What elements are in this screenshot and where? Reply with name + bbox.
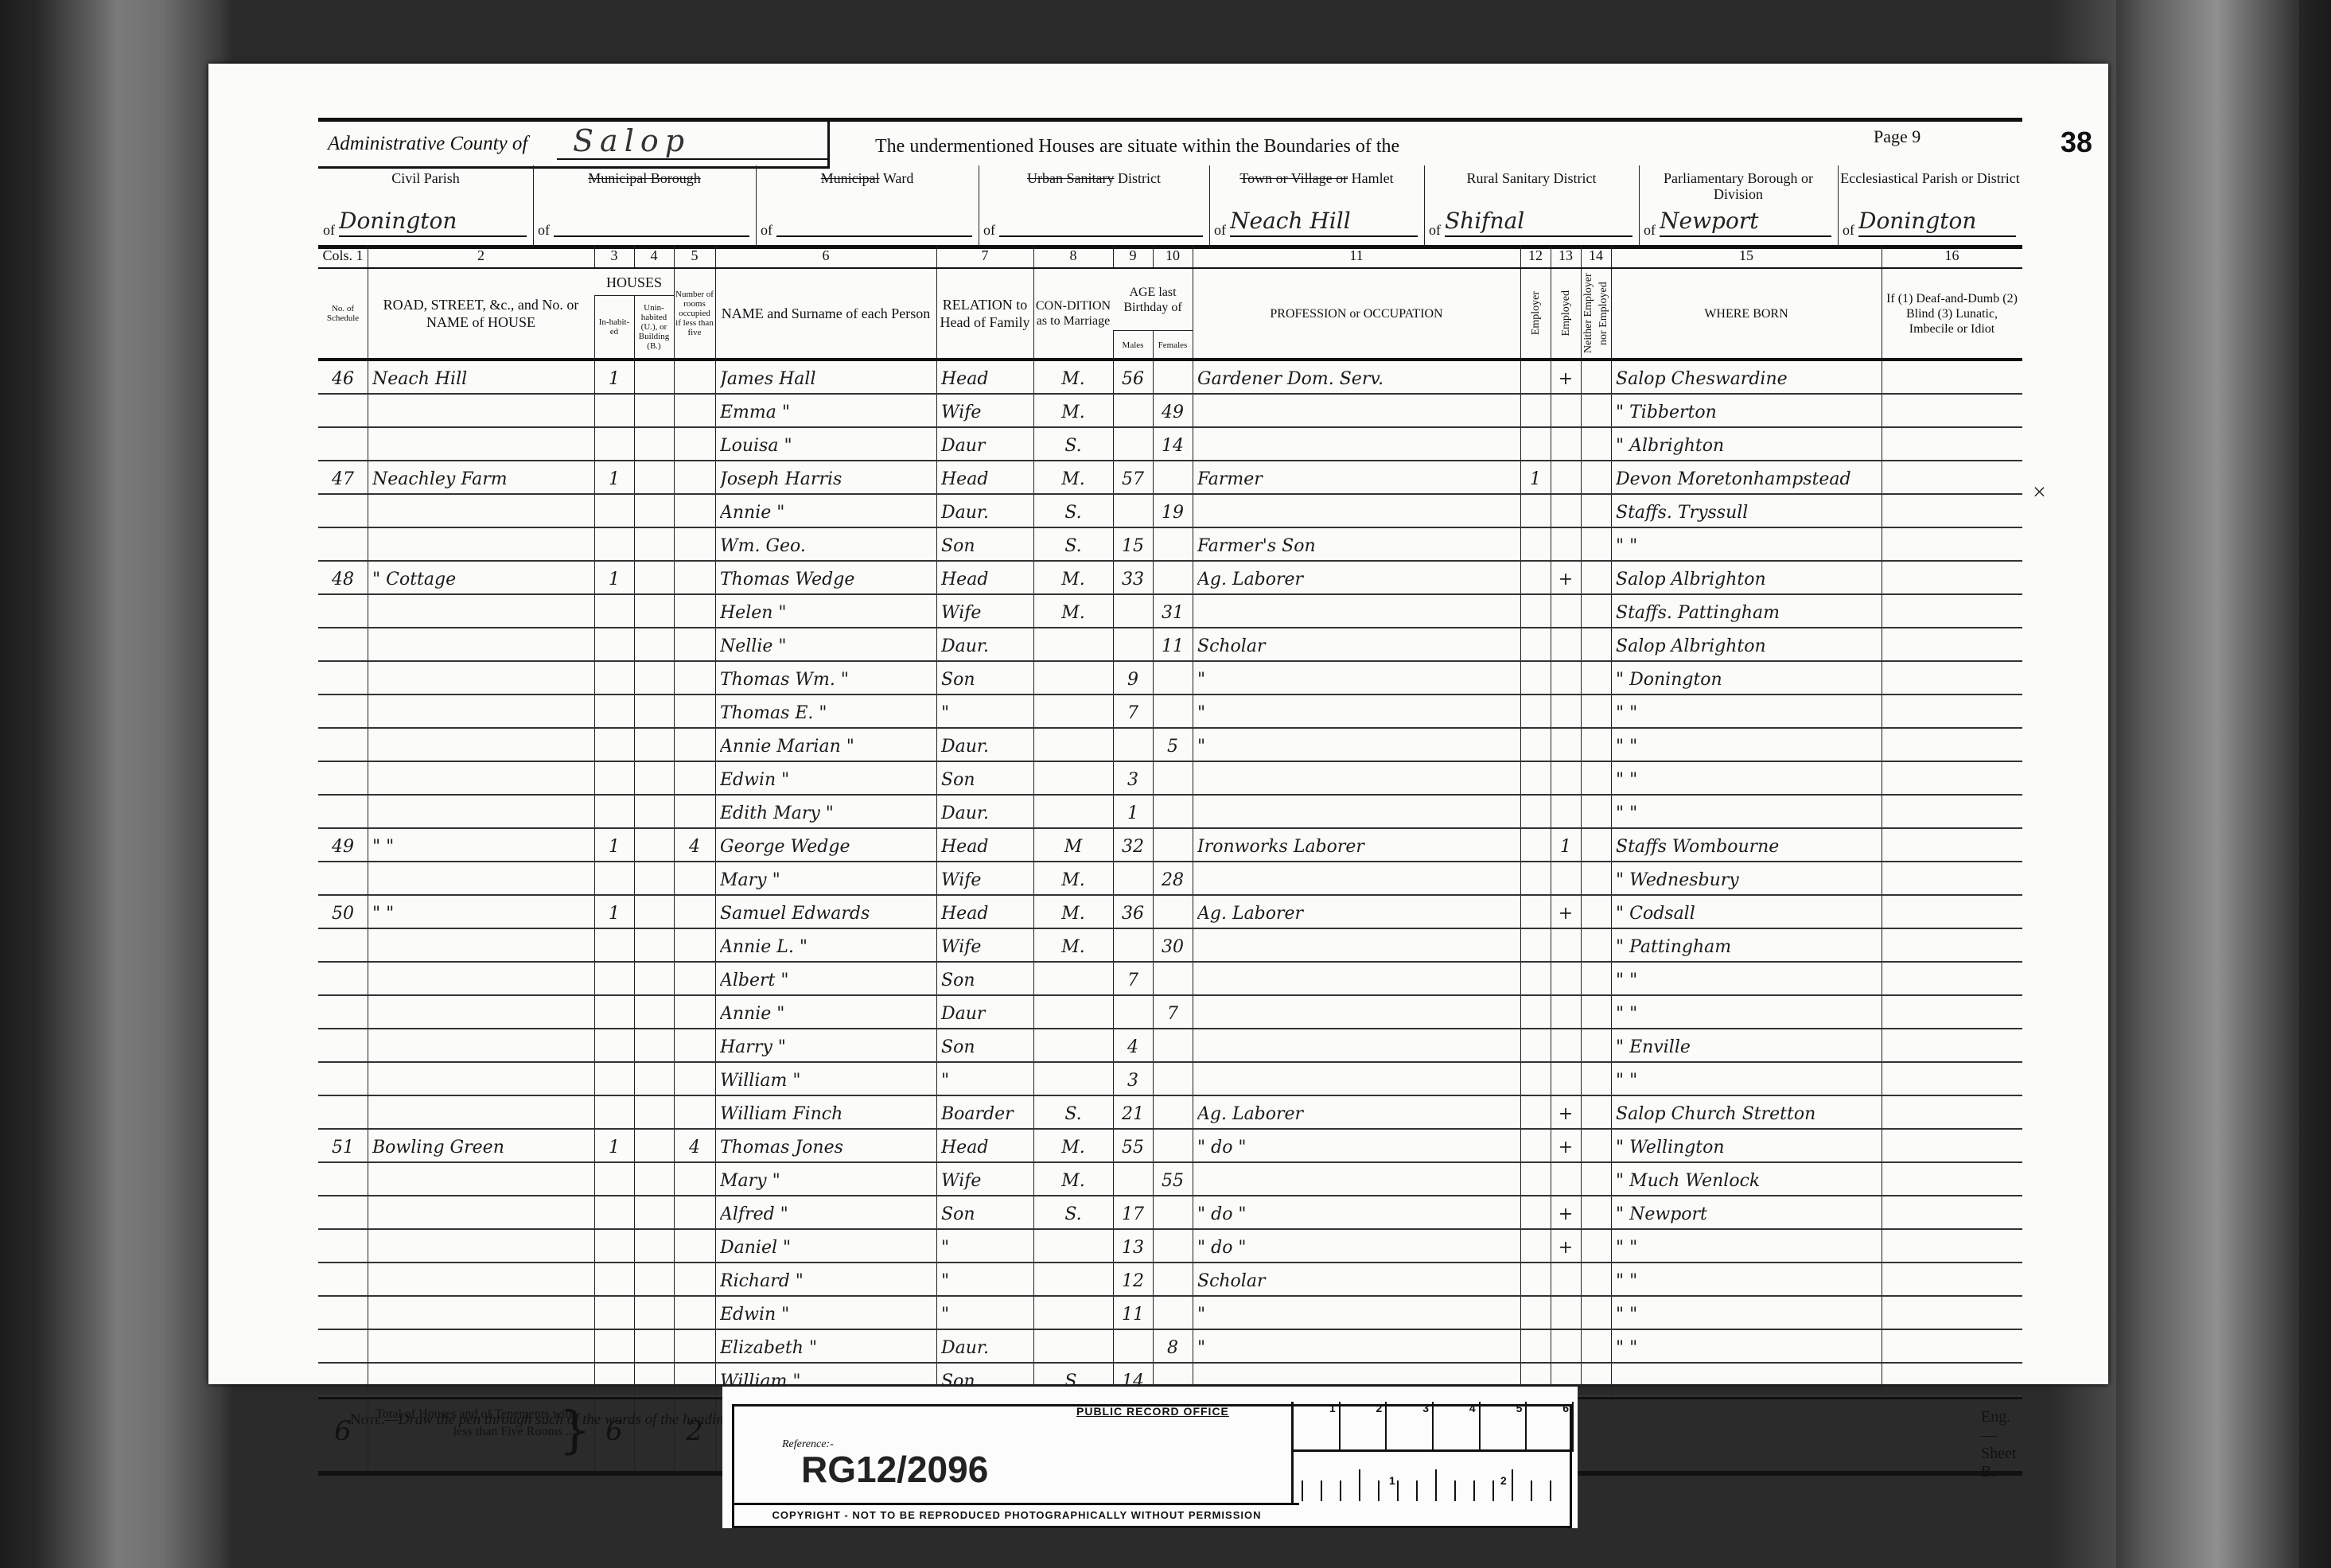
column-number: 6 — [715, 247, 936, 264]
cell-uninhab — [634, 595, 675, 627]
handwritten-age_f: 49 — [1153, 402, 1193, 424]
cell-age_m — [1113, 428, 1154, 460]
cell-age_m — [1113, 862, 1154, 894]
column-header-label: Number of rooms occupied if less than fi… — [674, 269, 715, 358]
cell-where_born: " Enville — [1611, 1029, 1882, 1061]
cell-address: " " — [368, 896, 595, 928]
handwritten-occupation: Scholar — [1197, 1270, 1517, 1293]
cell-rooms — [674, 1263, 716, 1295]
handwritten-name: Helen " — [720, 602, 933, 624]
cell-relation: Daur. — [936, 495, 1034, 527]
cell-address — [368, 662, 595, 694]
cell-employer — [1520, 1029, 1551, 1061]
cell-uninhab — [634, 996, 675, 1028]
cell-schedule — [318, 1096, 368, 1128]
cell-employer — [1520, 896, 1551, 928]
cell-rooms — [674, 662, 716, 694]
cell-inhabited: 1 — [594, 361, 635, 393]
column-header-address: ROAD, STREET, &c., and No. or NAME of HO… — [368, 269, 595, 358]
cell-infirmity — [1882, 361, 2022, 393]
handwritten-relation: Wife — [941, 870, 1030, 892]
cell-address — [368, 1364, 595, 1395]
cell-inhabited — [594, 929, 635, 961]
cell-name: Mary " — [715, 1163, 937, 1195]
handwritten-name: Samuel Edwards — [720, 903, 933, 925]
cell-name: Helen " — [715, 595, 937, 627]
cell-age_m: 13 — [1113, 1230, 1154, 1262]
cell-address — [368, 1330, 595, 1362]
cell-occupation — [1193, 395, 1521, 426]
cell-occupation — [1193, 929, 1521, 961]
cell-where_born: " " — [1611, 1230, 1882, 1262]
handwritten-name: Albert " — [720, 970, 933, 992]
cell-occupation: Ag. Laborer — [1193, 896, 1521, 928]
cell-infirmity — [1882, 628, 2022, 660]
cell-occupation — [1193, 495, 1521, 527]
municipal-ward-label: Municipal Ward — [756, 170, 979, 186]
column-number: 5 — [674, 247, 715, 264]
cell-infirmity — [1882, 896, 2022, 928]
column-header-label: Unin-habited (U.), or Building (B.) — [634, 296, 674, 358]
cell-neither — [1581, 1163, 1612, 1195]
cell-employed — [1551, 1263, 1582, 1295]
handwritten-name: Mary " — [720, 870, 933, 892]
margin-cross-mark: × — [2033, 479, 2046, 506]
cell-employer — [1520, 428, 1551, 460]
cell-neither — [1581, 796, 1612, 827]
handwritten-where_born: Salop Cheswardine — [1616, 368, 1878, 391]
cell-employer — [1520, 562, 1551, 593]
cell-infirmity — [1882, 395, 2022, 426]
column-header-name: NAME and Surname of each Person — [715, 269, 937, 358]
cell-condition — [1033, 1330, 1114, 1362]
scale-tick — [1378, 1480, 1380, 1501]
scale-tick — [1454, 1480, 1456, 1501]
cell-address — [368, 796, 595, 827]
cell-age_f — [1153, 361, 1193, 393]
cell-occupation — [1193, 428, 1521, 460]
column-header-label: CON-DITION as to Marriage — [1033, 269, 1113, 358]
cell-age_f — [1153, 662, 1193, 694]
cell-age_f: 14 — [1153, 428, 1193, 460]
cell-age_m: 11 — [1113, 1297, 1154, 1329]
handwritten-age_m: 11 — [1113, 1304, 1153, 1326]
handwritten-schedule: 46 — [318, 368, 368, 391]
cell-where_born: " " — [1611, 1330, 1882, 1362]
cell-address — [368, 762, 595, 794]
cell-schedule — [318, 1196, 368, 1228]
cell-employer — [1520, 528, 1551, 560]
cell-occupation: " — [1193, 695, 1521, 727]
cell-age_f — [1153, 1263, 1193, 1295]
cell-schedule — [318, 595, 368, 627]
census-row: Annie L. "WifeM.30" Pattingham — [318, 929, 2022, 963]
cm-scale-division: 3 — [1387, 1402, 1434, 1449]
cell-inhabited — [594, 395, 635, 426]
cell-rooms — [674, 495, 716, 527]
cell-employed — [1551, 762, 1582, 794]
handwritten-name: William Finch — [720, 1103, 933, 1126]
cell-uninhab — [634, 495, 675, 527]
cell-employed — [1551, 528, 1582, 560]
boundaries-row: Civil Parish of Donington Municipal Boro… — [318, 165, 2022, 249]
cell-relation: Son — [936, 1196, 1034, 1228]
handwritten-where_born: Salop Albrighton — [1616, 636, 1878, 658]
cell-infirmity — [1882, 461, 2022, 493]
municipal-ward-value — [776, 207, 972, 237]
cell-neither — [1581, 628, 1612, 660]
cell-schedule — [318, 628, 368, 660]
cell-age_m — [1113, 1330, 1154, 1362]
cell-uninhab — [634, 963, 675, 994]
cell-condition — [1033, 628, 1114, 660]
cell-uninhab — [634, 1230, 675, 1262]
cell-address — [368, 628, 595, 660]
cell-name: Richard " — [715, 1263, 937, 1295]
handwritten-age_m: 7 — [1113, 702, 1153, 725]
cell-age_m — [1113, 729, 1154, 761]
cell-age_f — [1153, 1297, 1193, 1329]
cell-employer — [1520, 996, 1551, 1028]
cell-where_born: Staffs. Tryssull — [1611, 495, 1882, 527]
handwritten-relation: Daur. — [941, 502, 1030, 524]
reference-number: RG12/2096 — [801, 1448, 988, 1491]
cell-name: William " — [715, 1063, 937, 1095]
column-number-cell: 7 — [936, 245, 1034, 267]
census-row: Edwin ""11"" " — [318, 1297, 2022, 1330]
handwritten-inhabited: 1 — [594, 903, 634, 925]
handwritten-occupation: " do " — [1197, 1237, 1517, 1259]
column-header-employed: Employed — [1551, 269, 1582, 358]
column-header-label: Females — [1153, 333, 1193, 358]
handwritten-relation: Daur. — [941, 736, 1030, 758]
handwritten-where_born: " " — [1616, 1304, 1878, 1326]
column-numbers-row: Cols. 12345678910111213141516 — [318, 245, 2022, 269]
handwritten-age_f: 55 — [1153, 1170, 1193, 1193]
cell-age_f — [1153, 1196, 1193, 1228]
handwritten-age_m: 4 — [1113, 1037, 1153, 1059]
handwritten-rooms: 4 — [674, 836, 715, 858]
cell-employer — [1520, 929, 1551, 961]
handwritten-condition: S. — [1033, 1103, 1113, 1126]
handwritten-schedule: 47 — [318, 469, 368, 491]
handwritten-where_born: " Tibberton — [1616, 402, 1878, 424]
handwritten-condition: M — [1033, 836, 1113, 858]
cell-inhabited — [594, 729, 635, 761]
cell-name: Annie L. " — [715, 929, 937, 961]
cell-infirmity — [1882, 1130, 2022, 1161]
cell-neither — [1581, 395, 1612, 426]
handwritten-occupation: " do " — [1197, 1204, 1517, 1226]
handwritten-where_born: " " — [1616, 736, 1878, 758]
handwritten-address: Neach Hill — [372, 368, 591, 391]
cell-relation: Wife — [936, 395, 1034, 426]
cell-rooms — [674, 1330, 716, 1362]
cell-employed — [1551, 1163, 1582, 1195]
cell-schedule — [318, 395, 368, 426]
cell-relation: Son — [936, 963, 1034, 994]
cell-occupation: " — [1193, 1297, 1521, 1329]
cell-where_born: Staffs Wombourne — [1611, 829, 1882, 861]
sheet-id: Eng.—Sheet B. — [1981, 1408, 2022, 1481]
cell-rooms — [674, 562, 716, 593]
cell-neither — [1581, 595, 1612, 627]
handwritten-relation: Son — [941, 535, 1030, 558]
cell-employer — [1520, 1096, 1551, 1128]
cell-neither — [1581, 829, 1612, 861]
cell-age_m: 9 — [1113, 662, 1154, 694]
cell-schedule — [318, 428, 368, 460]
census-row: Mary "WifeM.55" Much Wenlock — [318, 1163, 2022, 1196]
cell-uninhab — [634, 428, 675, 460]
cell-infirmity — [1882, 595, 2022, 627]
total-schedules-cell: 6 — [318, 1399, 368, 1471]
cell-where_born: " " — [1611, 762, 1882, 794]
cell-relation: Son — [936, 1029, 1034, 1061]
cm-scale-division: 5 — [1481, 1402, 1527, 1449]
column-header-label: RELATION to Head of Family — [936, 269, 1033, 358]
handwritten-relation: " — [941, 1270, 1030, 1293]
scale-tick — [1550, 1480, 1551, 1501]
cell-age_m: 3 — [1113, 762, 1154, 794]
cell-neither — [1581, 929, 1612, 961]
cell-uninhab — [634, 896, 675, 928]
handwritten-relation: Wife — [941, 602, 1030, 624]
cell-age_f: 49 — [1153, 395, 1193, 426]
cell-rooms — [674, 628, 716, 660]
cell-age_m: 56 — [1113, 361, 1154, 393]
handwritten-where_born: " " — [1616, 1003, 1878, 1025]
civil-parish-label: Civil Parish — [318, 170, 533, 186]
handwritten-occupation: " — [1197, 736, 1517, 758]
handwritten-relation: Head — [941, 903, 1030, 925]
cell-relation: Head — [936, 896, 1034, 928]
cell-condition: M. — [1033, 1163, 1114, 1195]
cell-inhabited — [594, 1096, 635, 1128]
cell-employer — [1520, 495, 1551, 527]
cell-name: James Hall — [715, 361, 937, 393]
handwritten-where_born: " " — [1616, 1070, 1878, 1092]
cell-schedule — [318, 929, 368, 961]
cell-occupation — [1193, 1163, 1521, 1195]
handwritten-where_born: " " — [1616, 1337, 1878, 1360]
cell-rooms — [674, 428, 716, 460]
cell-name: Edwin " — [715, 1297, 937, 1329]
inch-scale: 12 — [1294, 1452, 1574, 1501]
cell-address — [368, 428, 595, 460]
cell-rooms — [674, 963, 716, 994]
cell-where_born: " " — [1611, 1297, 1882, 1329]
handwritten-condition: M. — [1033, 1137, 1113, 1159]
cell-employer — [1520, 695, 1551, 727]
cell-employer — [1520, 361, 1551, 393]
handwritten-condition: M. — [1033, 870, 1113, 892]
cell-relation: Head — [936, 829, 1034, 861]
handwritten-relation: Wife — [941, 402, 1030, 424]
cell-where_born: " Much Wenlock — [1611, 1163, 1882, 1195]
cell-address — [368, 862, 595, 894]
cell-employer — [1520, 595, 1551, 627]
cell-inhabited — [594, 628, 635, 660]
cell-age_f — [1153, 1096, 1193, 1128]
cell-uninhab — [634, 662, 675, 694]
cell-uninhab — [634, 395, 675, 426]
cell-name: Thomas Wedge — [715, 562, 937, 593]
census-row: Albert "Son7" " — [318, 963, 2022, 996]
cell-relation: Wife — [936, 595, 1034, 627]
handwritten-where_born: " Much Wenlock — [1616, 1170, 1878, 1193]
handwritten-age_f: 11 — [1153, 636, 1193, 658]
cell-employer — [1520, 729, 1551, 761]
cell-infirmity — [1882, 1163, 2022, 1195]
handwritten-where_born: Staffs. Tryssull — [1616, 502, 1878, 524]
cell-employer — [1520, 662, 1551, 694]
cell-schedule — [318, 1029, 368, 1061]
cell-age_f — [1153, 1130, 1193, 1161]
cell-condition: M. — [1033, 595, 1114, 627]
cell-rooms: 4 — [674, 829, 716, 861]
cell-name: Mary " — [715, 862, 937, 894]
cell-employed — [1551, 595, 1582, 627]
cell-inhabited: 1 — [594, 896, 635, 928]
census-row: William ""3" " — [318, 1063, 2022, 1096]
handwritten-relation: Son — [941, 970, 1030, 992]
cell-schedule — [318, 1297, 368, 1329]
handwritten-relation: Son — [941, 669, 1030, 691]
cell-address: Neach Hill — [368, 361, 595, 393]
cell-age_m: 33 — [1113, 562, 1154, 593]
cell-age_m: 57 — [1113, 461, 1154, 493]
handwritten-relation: " — [941, 702, 1030, 725]
of-label: of — [323, 222, 335, 239]
cm-scale: 123456 — [1294, 1402, 1574, 1452]
cell-uninhab — [634, 695, 675, 727]
column-number-cell: 2 — [368, 245, 595, 267]
cell-age_m: 17 — [1113, 1196, 1154, 1228]
handwritten-relation: Son — [941, 1037, 1030, 1059]
handwritten-age_m: 3 — [1113, 1070, 1153, 1092]
cell-rooms: 4 — [674, 1130, 716, 1161]
scale-tick — [1359, 1469, 1360, 1501]
handwritten-age_m: 21 — [1113, 1103, 1153, 1126]
cell-where_born: " " — [1611, 695, 1882, 727]
cell-condition — [1033, 762, 1114, 794]
cell-age_f — [1153, 562, 1193, 593]
cell-relation: Daur. — [936, 1330, 1034, 1362]
public-record-office-label: PUBLIC RECORD OFFICE — [1076, 1405, 1229, 1418]
handwritten-name: Alfred " — [720, 1204, 933, 1226]
cell-rooms — [674, 1230, 716, 1262]
hamlet-label: Town or Village or Hamlet — [1209, 170, 1424, 186]
handwritten-rooms: 4 — [674, 1137, 715, 1159]
handwritten-relation: " — [941, 1304, 1030, 1326]
column-number: 10 — [1153, 247, 1193, 264]
cell-neither — [1581, 662, 1612, 694]
scale-tick — [1302, 1480, 1303, 1501]
column-number-cell: 13 — [1551, 245, 1582, 267]
handwritten-address: " Cottage — [372, 569, 591, 591]
cell-age_f — [1153, 461, 1193, 493]
cell-infirmity — [1882, 996, 2022, 1028]
cell-age_f — [1153, 695, 1193, 727]
column-number-cell: 6 — [715, 245, 937, 267]
of-label: of — [538, 222, 550, 239]
cell-name: Albert " — [715, 963, 937, 994]
handwritten-occupation: " — [1197, 669, 1517, 691]
cell-schedule — [318, 1230, 368, 1262]
cell-address — [368, 495, 595, 527]
cell-rooms — [674, 1364, 716, 1395]
cell-occupation — [1193, 1029, 1521, 1061]
column-number: 2 — [368, 247, 594, 264]
cell-neither — [1581, 1130, 1612, 1161]
cell-rooms — [674, 896, 716, 928]
cell-name: Wm. Geo. — [715, 528, 937, 560]
column-number: 12 — [1520, 247, 1551, 264]
cell-employer — [1520, 628, 1551, 660]
cell-relation: " — [936, 695, 1034, 727]
cell-where_born: Devon Moretonhampstead — [1611, 461, 1882, 493]
handwritten-where_born: " Codsall — [1616, 903, 1878, 925]
handwritten-age_m: 56 — [1113, 368, 1153, 391]
census-sheet: Administrative County of Salop The under… — [208, 64, 2108, 1384]
handwritten-age_f: 14 — [1153, 435, 1193, 457]
cell-occupation: Scholar — [1193, 1263, 1521, 1295]
cell-occupation: " do " — [1193, 1130, 1521, 1161]
cell-infirmity — [1882, 762, 2022, 794]
cell-condition — [1033, 695, 1114, 727]
of-label: of — [983, 222, 995, 239]
census-form: Administrative County of Salop The under… — [318, 118, 2022, 1351]
handwritten-name: Annie L. " — [720, 936, 933, 959]
cell-relation: Daur — [936, 996, 1034, 1028]
handwritten-age_m: 55 — [1113, 1137, 1153, 1159]
cell-neither — [1581, 1297, 1612, 1329]
cell-relation: Son — [936, 528, 1034, 560]
urban-sanitary-label: Urban Sanitary District — [979, 170, 1209, 186]
cell-age_m: 21 — [1113, 1096, 1154, 1128]
cell-employed: + — [1551, 562, 1582, 593]
handwritten-relation: Son — [941, 769, 1030, 792]
census-row: Daniel ""13" do "+" " — [318, 1230, 2022, 1263]
cell-inhabited: 1 — [594, 562, 635, 593]
cell-uninhab — [634, 1364, 675, 1395]
cell-occupation: Ironworks Laborer — [1193, 829, 1521, 861]
handwritten-relation: " — [941, 1070, 1030, 1092]
handwritten-condition: M. — [1033, 469, 1113, 491]
cell-relation: Daur — [936, 428, 1034, 460]
struck-text: Municipal Borough — [588, 170, 701, 186]
cell-neither — [1581, 461, 1612, 493]
handwritten-name: Edwin " — [720, 769, 933, 792]
column-number: Cols. 1 — [318, 247, 368, 264]
county-box: Administrative County of Salop — [318, 122, 830, 169]
cell-name: Annie Marian " — [715, 729, 937, 761]
cell-occupation: " do " — [1193, 1230, 1521, 1262]
census-row: Nellie "Daur.11ScholarSalop Albrighton — [318, 628, 2022, 662]
cell-neither — [1581, 1196, 1612, 1228]
cell-occupation: Ag. Laborer — [1193, 562, 1521, 593]
census-row: 47Neachley Farm1Joseph HarrisHeadM.57Far… — [318, 461, 2022, 495]
cell-occupation — [1193, 1063, 1521, 1095]
cell-occupation — [1193, 762, 1521, 794]
cell-schedule — [318, 1163, 368, 1195]
handwritten-relation: Daur. — [941, 1337, 1030, 1360]
cell-uninhab — [634, 862, 675, 894]
cell-name: Annie " — [715, 495, 937, 527]
handwritten-employed: + — [1551, 569, 1581, 591]
cell-infirmity — [1882, 1063, 2022, 1095]
